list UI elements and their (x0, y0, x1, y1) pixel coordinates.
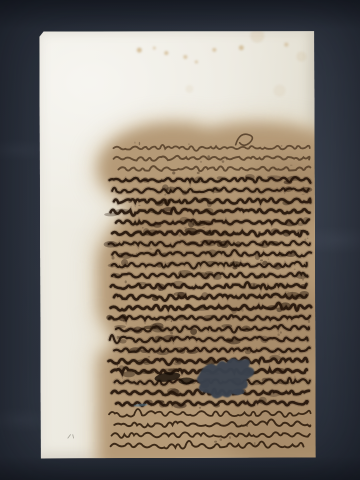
ink-bleed-blob (170, 389, 180, 396)
ink-bleed-blob (143, 228, 149, 235)
ink-speck (277, 333, 279, 336)
foxing-spot (137, 48, 142, 53)
ink-speck (296, 327, 298, 330)
ink-speck (219, 438, 222, 441)
ink-bleed-blob (159, 401, 165, 408)
ink-bleed-blob (152, 296, 159, 301)
ink-bleed-blob (178, 270, 192, 277)
ink-speck (280, 331, 282, 333)
ink-bleed-blob (299, 291, 309, 297)
ink-bleed-blob (184, 304, 190, 309)
ink-bleed-blob (163, 335, 177, 341)
ink-bleed-blob (282, 230, 290, 237)
ink-bleed-blob (230, 261, 241, 266)
ink-speck (291, 372, 292, 375)
ink-bleed-blob (207, 200, 212, 207)
ink-speck (268, 258, 269, 259)
ink-bleed-blob (278, 252, 284, 257)
ink-speck (294, 325, 296, 327)
ink-speck (298, 379, 300, 381)
ink-speck (226, 158, 227, 161)
ink-speck (246, 424, 248, 427)
ink-bleed-blob (118, 365, 124, 372)
ink-bleed-blob (175, 347, 183, 352)
ink-speck (159, 201, 161, 203)
ink-smear (178, 377, 194, 384)
ink-bleed-blob (205, 271, 213, 274)
ink-speck (112, 256, 115, 259)
ink-bleed-blob (204, 230, 215, 236)
photo-background (0, 0, 360, 480)
ink-speck (197, 172, 200, 174)
ink-bleed-blob (255, 275, 264, 278)
ink-bleed-blob (157, 351, 169, 355)
ink-speck (278, 353, 280, 355)
ink-bleed-blob (295, 273, 307, 279)
foxing-spot (183, 55, 187, 59)
ink-speck (139, 224, 142, 225)
ink-speck (308, 320, 310, 323)
ink-bleed-blob (303, 217, 309, 223)
ink-bleed-blob (201, 220, 212, 224)
ink-speck (270, 273, 273, 276)
ink-bleed-blob (298, 222, 304, 226)
ink-bleed-blob (119, 339, 126, 343)
ink-speck (199, 407, 201, 409)
ink-bleed-blob (150, 252, 159, 255)
ink-bleed-blob (260, 336, 268, 343)
ink-bleed-blob (111, 273, 120, 278)
ink-speck (133, 244, 135, 245)
ink-speck (123, 402, 124, 405)
ink-bleed-blob (236, 241, 241, 247)
ink-speck (117, 364, 118, 367)
ink-speck (148, 356, 151, 358)
ink-speck (287, 393, 289, 395)
ink-speck (260, 262, 261, 264)
ink-bleed-blob (126, 362, 131, 366)
ink-bleed-blob (213, 274, 222, 279)
ink-bleed-blob (182, 190, 188, 195)
ink-bleed-blob (118, 253, 123, 257)
ink-bleed-blob (163, 207, 175, 211)
foxing-spot (185, 85, 193, 93)
foxing-spot (296, 52, 306, 62)
ink-speck (253, 284, 255, 287)
ink-bleed-blob (262, 261, 268, 266)
ink-bleed-blob (284, 180, 293, 184)
ink-bleed-blob (216, 240, 222, 247)
ink-bleed-blob (157, 263, 163, 268)
ink-bleed-blob (202, 292, 208, 297)
ink-speck (207, 155, 210, 158)
ink-speck (132, 307, 134, 310)
ink-speck (139, 142, 140, 145)
ink-speck (121, 210, 124, 212)
ink-bleed-blob (269, 241, 279, 246)
ink-speck (279, 360, 281, 362)
ink-bleed-blob (296, 229, 301, 234)
ink-speck (171, 320, 172, 322)
ink-bleed-blob (129, 347, 141, 353)
ink-bleed-blob (104, 213, 117, 217)
ink-bleed-blob (285, 222, 295, 227)
ink-speck (170, 332, 173, 335)
ink-bleed-blob (267, 390, 281, 397)
ink-speck (136, 253, 137, 255)
ink-bleed-blob (252, 380, 261, 385)
ink-speck (158, 288, 161, 290)
ink-speck (150, 403, 152, 406)
ink-bleed-blob (154, 336, 162, 342)
ink-speck (142, 227, 144, 228)
handwriting-line (113, 144, 309, 151)
ink-speck (302, 279, 304, 281)
ink-speck (229, 436, 231, 439)
ink-speck (281, 145, 283, 146)
manuscript-page (39, 31, 315, 459)
ink-bleed-blob (232, 266, 237, 270)
handwriting-line (112, 432, 310, 438)
ink-bleed-blob (114, 325, 126, 328)
ink-bleed-blob (276, 307, 282, 312)
ink-speck (138, 205, 140, 206)
ink-bleed-blob (273, 262, 282, 269)
ink-bleed-blob (190, 328, 197, 335)
ink-bleed-blob (231, 307, 237, 314)
ink-bleed-blob (300, 187, 312, 192)
ink-bleed-blob (259, 241, 270, 248)
ink-bleed-blob (150, 210, 157, 213)
ink-speck (308, 232, 310, 234)
ink-bleed-blob (174, 362, 182, 365)
ink-bleed-blob (162, 253, 168, 256)
ink-speck (173, 367, 174, 370)
ink-bleed-blob (300, 284, 306, 289)
ink-bleed-blob (221, 232, 227, 236)
ink-bleed-blob (121, 259, 128, 266)
ink-speck (302, 194, 305, 195)
ink-speck (126, 192, 129, 193)
ink-speck (258, 231, 261, 234)
ink-bleed-blob (259, 397, 267, 405)
ink-speck (273, 326, 275, 329)
ink-blot-tail (233, 389, 245, 395)
ink-bleed-blob (213, 404, 220, 408)
ink-bleed-blob (287, 176, 300, 181)
ink-speck (214, 441, 217, 443)
ink-bleed-blob (173, 402, 187, 408)
opening-flourish (236, 134, 253, 145)
handwriting-line (109, 408, 311, 417)
foxing-spot (250, 31, 264, 43)
ink-speck (199, 220, 201, 222)
ink-bleed-blob (210, 187, 222, 193)
ink-bleed-blob (286, 252, 296, 257)
ink-speck (281, 316, 282, 318)
ink-speck (304, 238, 306, 240)
ink-speck (200, 161, 202, 163)
ink-bleed-blob (284, 186, 292, 192)
ink-bleed-blob (143, 177, 149, 182)
handwriting-line (114, 155, 310, 161)
ink-speck (157, 277, 158, 279)
ink-speck (286, 291, 289, 292)
ink-speck (128, 200, 131, 203)
ink-bleed-blob (269, 355, 281, 361)
ink-speck (149, 248, 152, 249)
ink-speck (290, 165, 293, 166)
ink-speck (276, 201, 279, 203)
ink-speck (307, 237, 309, 239)
ink-speck (181, 369, 184, 371)
ink-speck (274, 297, 276, 298)
handwriting-svg (39, 31, 315, 459)
ink-bleed-blob (137, 282, 146, 285)
ink-bleed-blob (271, 228, 280, 234)
pencil-mark (68, 434, 74, 438)
ink-bleed-blob (121, 314, 126, 319)
ink-bleed-blob (245, 174, 255, 180)
ink-speck (222, 160, 225, 163)
ink-bleed-blob (153, 223, 162, 228)
ink-speck (184, 227, 187, 229)
ink-bleed-blob (106, 315, 112, 321)
ink-bleed-blob (267, 305, 277, 310)
ink-speck (184, 394, 185, 397)
ink-speck (241, 309, 243, 312)
ink-bleed-blob (152, 323, 163, 330)
handwriting-line (114, 419, 310, 427)
ink-speck (154, 242, 157, 244)
ink-speck (123, 320, 126, 323)
ink-speck (125, 280, 127, 283)
ink-bleed-blob (262, 378, 269, 383)
ink-bleed-blob (203, 208, 213, 214)
ink-bleed-blob (208, 249, 217, 255)
ink-speck (254, 442, 255, 445)
ink-bleed-blob (282, 200, 290, 205)
ink-speck (188, 143, 189, 144)
foxing-spot (284, 43, 288, 47)
ink-bleed-blob (122, 371, 135, 377)
ink-bleed-blob (206, 261, 216, 265)
ink-speck (172, 171, 175, 174)
ink-bleed-blob (274, 368, 286, 374)
foxing-spot (212, 48, 216, 52)
ink-speck (260, 259, 263, 261)
ink-bleed-blob (195, 176, 203, 183)
ink-bleed-blob (164, 316, 171, 321)
ink-speck (265, 315, 268, 318)
ink-speck (206, 210, 208, 212)
handwriting-line (118, 166, 310, 172)
ink-bleed-blob (141, 349, 148, 353)
ink-bleed-blob (227, 339, 240, 345)
foxing-spot (164, 51, 168, 55)
ink-bleed-blob (186, 350, 198, 354)
foxing-spot (239, 45, 244, 50)
ink-speck (277, 348, 279, 349)
ink-speck (134, 142, 135, 144)
ink-speck (117, 336, 119, 339)
ink-bleed-blob (104, 241, 118, 248)
ink-bleed-blob (242, 325, 251, 332)
ink-bleed-blob (279, 284, 285, 287)
ink-bleed-blob (178, 315, 185, 321)
foxing-spot (195, 60, 198, 63)
ink-speck (178, 234, 181, 237)
foxing-spot (153, 47, 156, 50)
ink-bleed-blob (255, 254, 260, 260)
ink-bleed-blob (108, 264, 118, 268)
ink-bleed-blob (172, 281, 184, 288)
ink-bleed-blob (217, 176, 223, 179)
ink-speck (174, 380, 177, 383)
ink-bleed-blob (162, 184, 169, 191)
ink-bleed-blob (245, 350, 251, 355)
ink-speck (129, 435, 130, 438)
ink-speck (265, 341, 266, 342)
ink-speck (164, 194, 166, 195)
ink-speck (114, 363, 116, 364)
ink-speck (186, 219, 189, 222)
ink-speck (202, 227, 205, 228)
foxing-spot (273, 85, 285, 97)
ink-speck (299, 326, 302, 329)
handwriting-line (111, 441, 304, 449)
ink-speck (294, 268, 296, 270)
